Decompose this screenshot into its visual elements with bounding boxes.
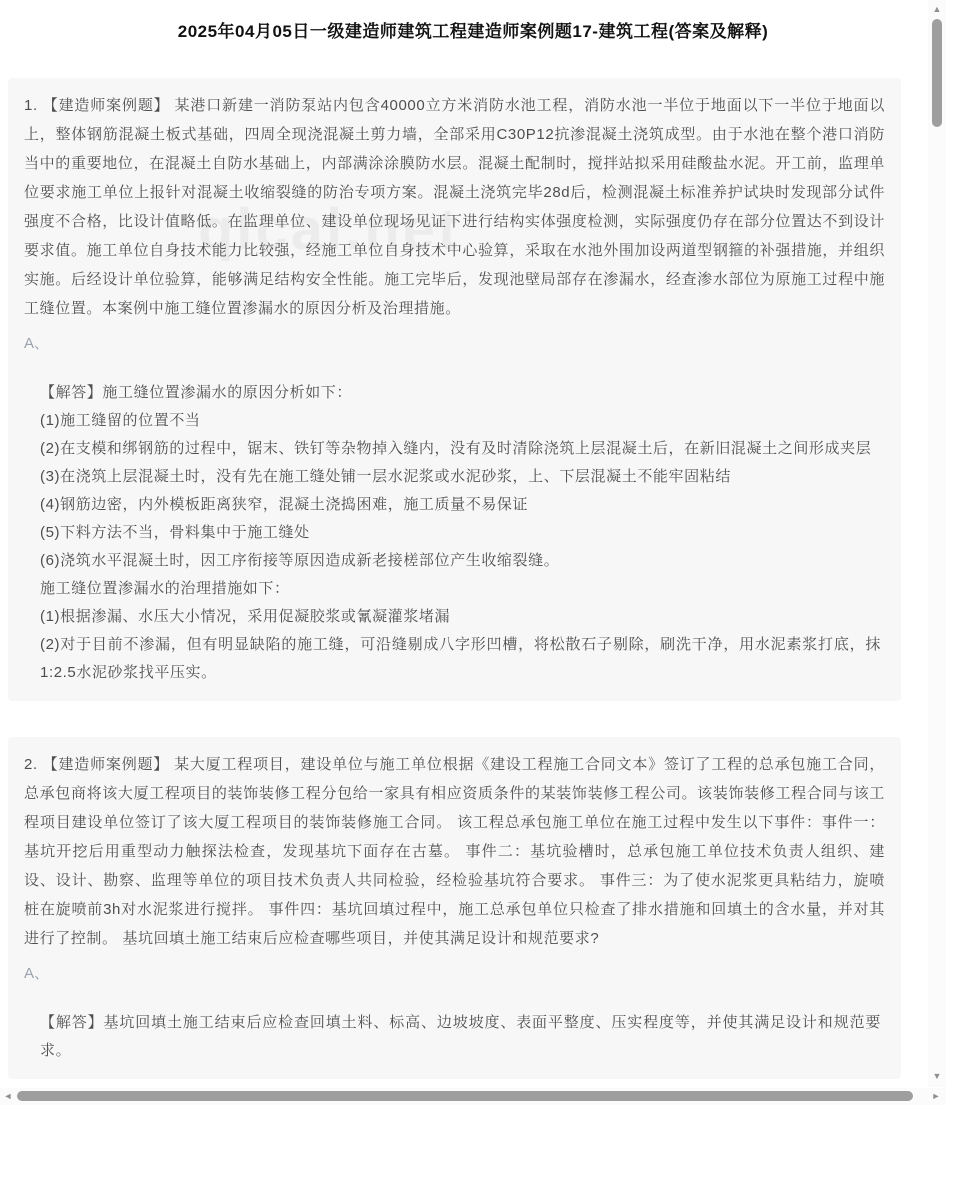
- option-label-a-1[interactable]: A、: [24, 329, 885, 358]
- scroll-down-arrow-icon[interactable]: ▼: [928, 1069, 946, 1083]
- solution-line: 施工缝位置渗漏水的治理措施如下：: [40, 575, 881, 603]
- horizontal-scrollbar[interactable]: ◄ ►: [0, 1088, 946, 1105]
- page-title: 2025年04月05日一级建造师建筑工程建造师案例题17-建筑工程(答案及解释): [0, 17, 946, 42]
- question-text-1: 1. 【建造师案例题】 某港口新建一消防泵站内包含40000立方米消防水池工程，…: [24, 91, 885, 323]
- option-label-a-2[interactable]: A、: [24, 959, 885, 988]
- solution-line: (2)在支模和绑钢筋的过程中，锯末、铁钉等杂物掉入缝内，没有及时清除浇筑上层混凝…: [40, 435, 881, 463]
- scroll-up-arrow-icon[interactable]: ▲: [928, 2, 946, 16]
- solution-line: (5)下料方法不当，骨料集中于施工缝处: [40, 519, 881, 547]
- horizontal-scrollbar-thumb[interactable]: [17, 1091, 913, 1101]
- solution-line: (4)钢筋边密，内外模板距离狭窄，混凝土浇捣困难，施工质量不易保证: [40, 491, 881, 519]
- solution-line: (6)浇筑水平混凝土时，因工序衔接等原因造成新老接槎部位产生收缩裂缝。: [40, 547, 881, 575]
- scroll-left-arrow-icon[interactable]: ◄: [1, 1088, 15, 1105]
- solution-line: 【解答】基坑回填土施工结束后应检查回填土料、标高、边坡坡度、表面平整度、压实程度…: [40, 1009, 881, 1065]
- solution-block-1: 【解答】施工缝位置渗漏水的原因分析如下： (1)施工缝留的位置不当 (2)在支模…: [40, 379, 881, 687]
- solution-block-2: 【解答】基坑回填土施工结束后应检查回填土料、标高、边坡坡度、表面平整度、压实程度…: [40, 1009, 881, 1065]
- solution-line: (1)根据渗漏、水压大小情况，采用促凝胶浆或氰凝灌浆堵漏: [40, 603, 881, 631]
- solution-line: (3)在浇筑上层混凝土时，没有先在施工缝处铺一层水泥浆或水泥砂浆，上、下层混凝土…: [40, 463, 881, 491]
- vertical-scrollbar[interactable]: ▲ ▼: [928, 0, 946, 1087]
- question-card-2: 2. 【建造师案例题】 某大厦工程项目，建设单位与施工单位根据《建设工程施工合同…: [8, 737, 901, 1079]
- solution-line: (1)施工缝留的位置不当: [40, 407, 881, 435]
- question-card-1: qlcal.net 1. 【建造师案例题】 某港口新建一消防泵站内包含40000…: [8, 78, 901, 701]
- solution-line: 【解答】施工缝位置渗漏水的原因分析如下：: [40, 379, 881, 407]
- vertical-scrollbar-thumb[interactable]: [932, 19, 942, 127]
- scroll-right-arrow-icon[interactable]: ►: [929, 1088, 943, 1105]
- solution-line: (2)对于目前不渗漏，但有明显缺陷的施工缝，可沿缝剔成八字形凹槽，将松散石子剔除…: [40, 631, 881, 687]
- question-text-2: 2. 【建造师案例题】 某大厦工程项目，建设单位与施工单位根据《建设工程施工合同…: [24, 750, 885, 953]
